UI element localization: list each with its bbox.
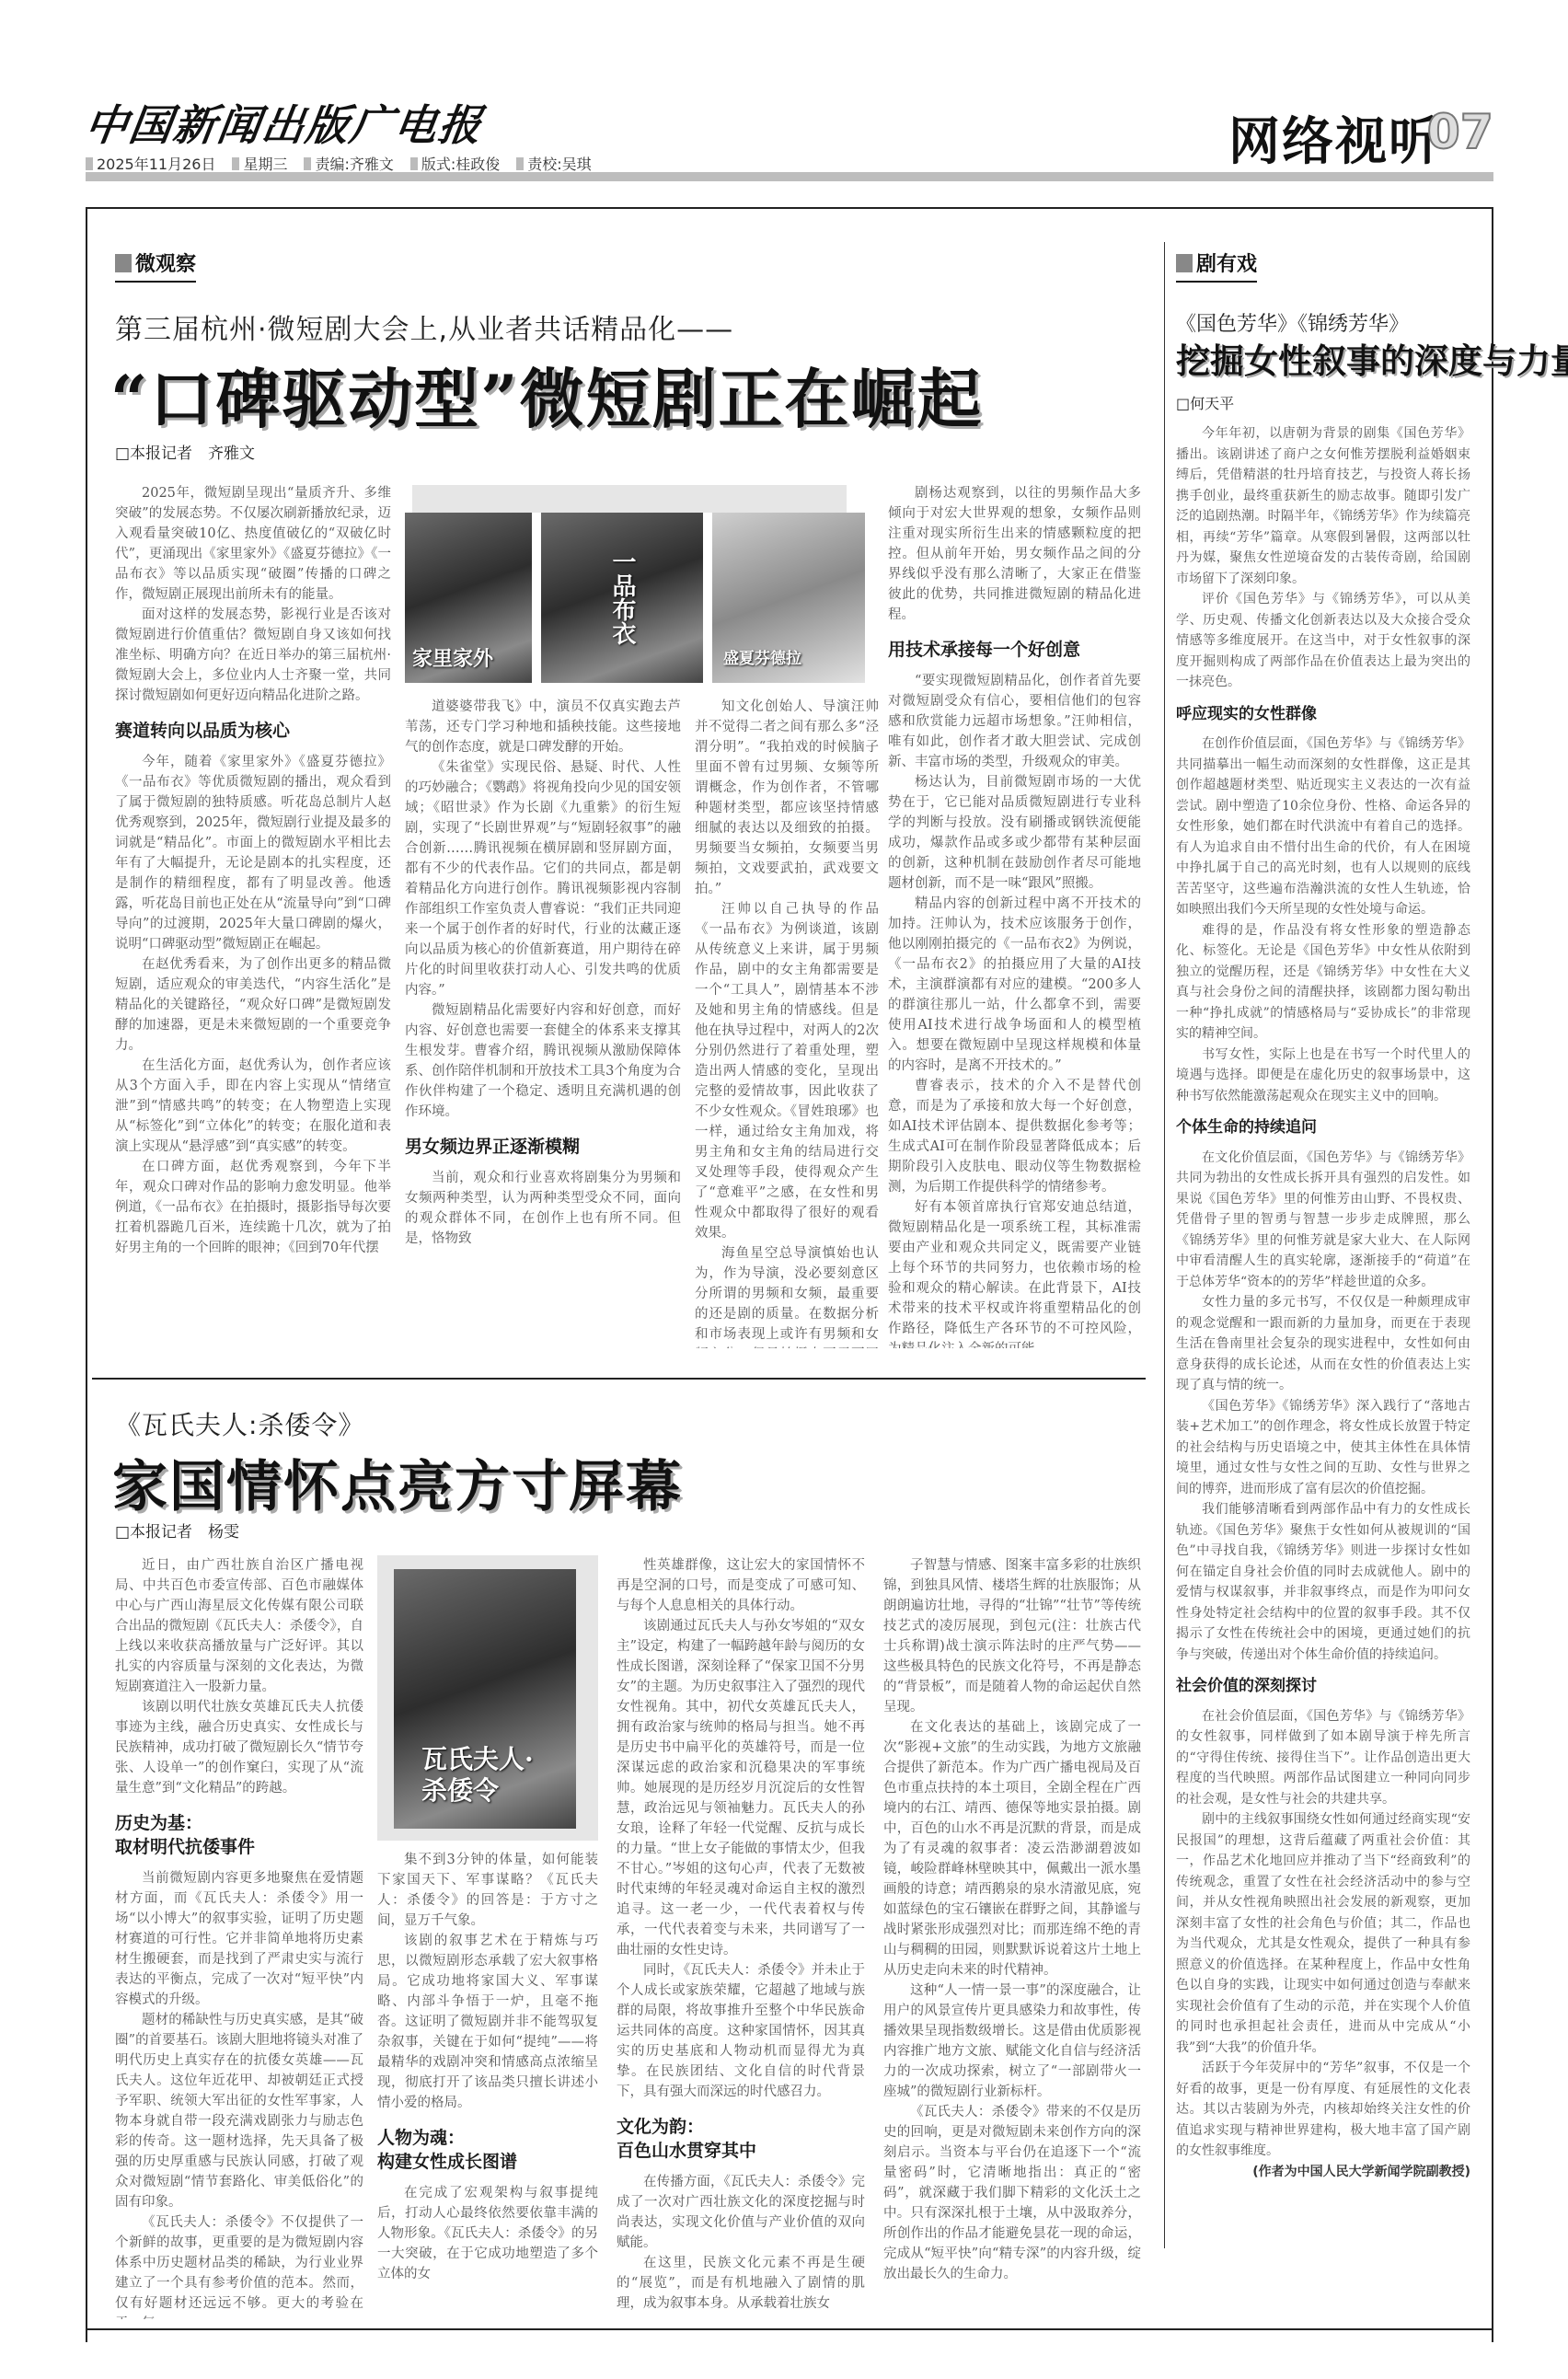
photo-shengxiafendela: 盛夏芬德拉: [712, 513, 865, 683]
newspaper-logo: 中国新闻出版广电报: [81, 92, 487, 153]
column-kicker: 微观察: [115, 248, 196, 283]
layout-editor: 版式:桂政俊: [410, 153, 500, 174]
subhead: 人物为魂： 构建女性成长图谱: [377, 2126, 598, 2174]
photo-strip-background: [412, 485, 847, 513]
subhead: 文化为韵： 百色山水贯穿其中: [617, 2115, 865, 2163]
article2-headline: 家国情怀点亮方寸屏幕: [112, 1443, 683, 1522]
article1-byline: □本报记者 齐雅文: [115, 440, 255, 463]
subhead: 用技术承接每一个好创意: [888, 638, 1141, 662]
photo-yipinbuyi: 一品布衣: [541, 513, 703, 683]
article2-deck: 《瓦氏夫人:杀倭令》: [115, 1405, 364, 1442]
sidebar-body: 今年年初，以唐朝为背景的剧集《国色芳华》播出。该剧讲述了商户之女何惟芳摆脱利益婚…: [1176, 423, 1470, 2264]
article1-column-4: 剧杨达观察到，以往的男频作品大多倾向于对宏大世界观的想象，女频作品则注重对现实所…: [888, 483, 1141, 1348]
proofreader: 责校:吴琪: [516, 153, 591, 174]
issue-weekday: 星期三: [232, 153, 287, 174]
page-frame-bottom: [86, 2328, 1493, 2330]
page-number: 07: [1427, 105, 1493, 160]
article2-column-1: 近日，由广西壮族自治区广播电视局、中共百色市委宣传部、百色市融媒体中心与广西山海…: [115, 1555, 363, 2319]
kicker-square-icon: [1176, 254, 1193, 272]
article1-deck: 第三届杭州·微短剧大会上,从业者共话精品化——: [115, 306, 733, 347]
subhead: 历史为基： 取材明代抗倭事件: [115, 1811, 363, 1859]
photo-jialijiawai: 家里家外: [405, 513, 532, 683]
header-rule: [86, 172, 1493, 181]
sidebar-headline: 挖掘女性叙事的深度与力量: [1176, 333, 1568, 383]
article1-column-3: 知文化创始人、导演汪帅并不觉得二者之间有那么多“泾渭分明”。“我拍戏的时候脑子里…: [695, 697, 879, 1348]
article1-column-2: 道婆婆带我飞》中，演员不仅真实跑去芦苇荡，还专门学习种地和插秧技能。这些接地气的…: [405, 697, 681, 1348]
article2-column-4: 子智慧与情感、图案丰富多彩的壮族织锦，到独具风情、楼塔生辉的壮族服饰；从朗朗遍访…: [883, 1555, 1141, 2319]
issue-date: 2025年11月26日: [86, 153, 215, 174]
editor: 责编:齐雅文: [304, 153, 393, 174]
subhead: 社会价值的深刻探讨: [1176, 1676, 1470, 1697]
issue-meta: 2025年11月26日 星期三 责编:齐雅文 版式:桂政俊 责校:吴琪: [86, 153, 592, 174]
author-note: (作者为中国人民大学新闻学院副教授): [1176, 2162, 1470, 2183]
article2-column-3: 性英雄群像，这让宏大的家国情怀不再是空洞的口号，而是变成了可感可知、与每个人息息…: [617, 1555, 865, 2319]
subhead: 呼应现实的女性群像: [1176, 704, 1470, 725]
subhead: 赛道转向以品质为核心: [115, 719, 391, 743]
article-divider: [92, 1378, 1146, 1380]
kicker-square-icon: [115, 254, 132, 272]
article1-headline: “口碑驱动型”微短剧正在崛起: [110, 348, 984, 441]
article1-column-1: 2025年，微短剧呈现出“量质齐升、多维突破”的发展态势。不仅屡次刷新播放纪录，…: [115, 483, 391, 1348]
sidebar-byline: □何天平: [1176, 392, 1234, 413]
poster-washifuren: 瓦氏夫人·杀倭令: [394, 1569, 576, 1829]
sidebar-divider: [1164, 242, 1165, 2248]
article2-byline: □本报记者 杨雯: [115, 1519, 239, 1542]
subhead: 男女频边界正逐渐模糊: [405, 1135, 681, 1159]
sidebar-kicker: 剧有戏: [1176, 248, 1257, 283]
section-title: 网络视听: [1228, 101, 1442, 175]
article2-column-2: 集不到3分钟的体量，如何能装下家国天下、军事谋略？《瓦氏夫人：杀倭令》的回答是：…: [377, 1850, 598, 2319]
subhead: 个体生命的持续追问: [1176, 1117, 1470, 1138]
